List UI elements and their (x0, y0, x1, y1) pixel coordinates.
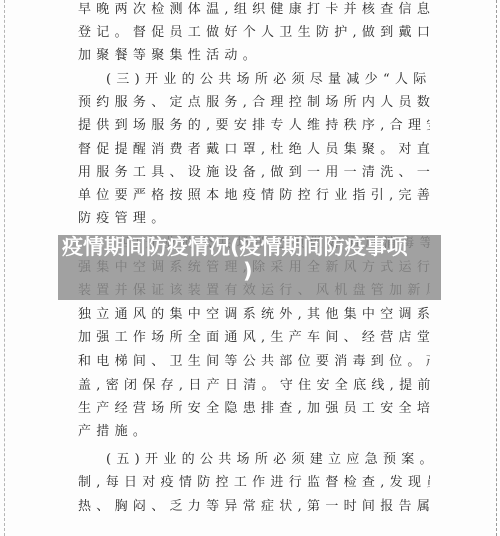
overlay-title-line1: 疫情期间防疫情况(疫情期间防疫事项 (62, 235, 408, 259)
scan-edge-left (4, 0, 5, 536)
text-line: 独立通风的集中空调系统外,其他集中空调系统原则上不予运行。 (78, 305, 430, 325)
title-overlay-banner: 疫情期间防疫情况(疫情期间防疫事项 ) (58, 235, 441, 300)
text-line: 登记。督促员工做好个人卫生防护,做到戴口罩、勤洗手,避免参 (78, 23, 430, 43)
text-line: 和电梯间、卫生间等公共部位要消毒到位。产生的垃圾应套袋加 (78, 352, 430, 372)
text-line: 用服务工具、设施设备,做到一用一清洗、一用一消毒。餐饮服务 (78, 163, 430, 183)
text-line: 加聚餐等聚集性活动。 (78, 46, 430, 66)
section-heading-line: (三)开业的公共场所必须尽量减少“人际接触”。积极采用 (78, 70, 430, 90)
text-line: 督促提醒消费者戴口罩,杜绝人员集聚。对直接接触消费者的共 (78, 140, 430, 160)
text-line: 生产经营场所安全隐患排查,加强员工安全培训,严格落实安全生 (78, 399, 430, 419)
text-line: 制,每日对疫情防控工作进行监督检查,发现员工和消费者存在发 (78, 473, 430, 493)
overlay-title-line2: ) (62, 259, 442, 283)
overlay-title: 疫情期间防疫情况(疫情期间防疫事项 ) (62, 235, 442, 283)
text-line: 早晚两次检测体温,组织健康打卡并核查信息,“一人一档”做好 (78, 0, 430, 20)
section-heading-line: (五)开业的公共场所必须建立应急预案。建立健全自控机 (78, 450, 430, 470)
text-line: 盖,密闭保存,日产日清。守住安全底线,提前做好重点设施设备、 (78, 376, 430, 396)
text-line: 提供到场服务的,要安排专人维持秩序,合理安排进店人员间距, (78, 116, 430, 136)
text-line: 单位要严格按照本地疫情防控行业指引,完善外卖等全流程卫生 (78, 186, 430, 206)
scan-edge-right (496, 0, 497, 536)
text-line: 加强工作场所全面通风,生产车间、经营店堂、办公室等重要区域 (78, 328, 430, 348)
text-line: 预约服务、定点服务,合理控制场所内人员数量。因行业特性必须 (78, 93, 430, 113)
text-line: 热、胸闷、乏力等异常症状,第一时间报告属地政府,并实施隔离、 (78, 497, 430, 517)
text-line: 产措施。 (78, 422, 430, 442)
text-line: 防疫管理。 (78, 209, 430, 229)
scanned-document-page: 早晚两次检测体温,组织健康打卡并核查信息,“一人一档”做好 登记。督促员工做好个… (0, 0, 500, 536)
